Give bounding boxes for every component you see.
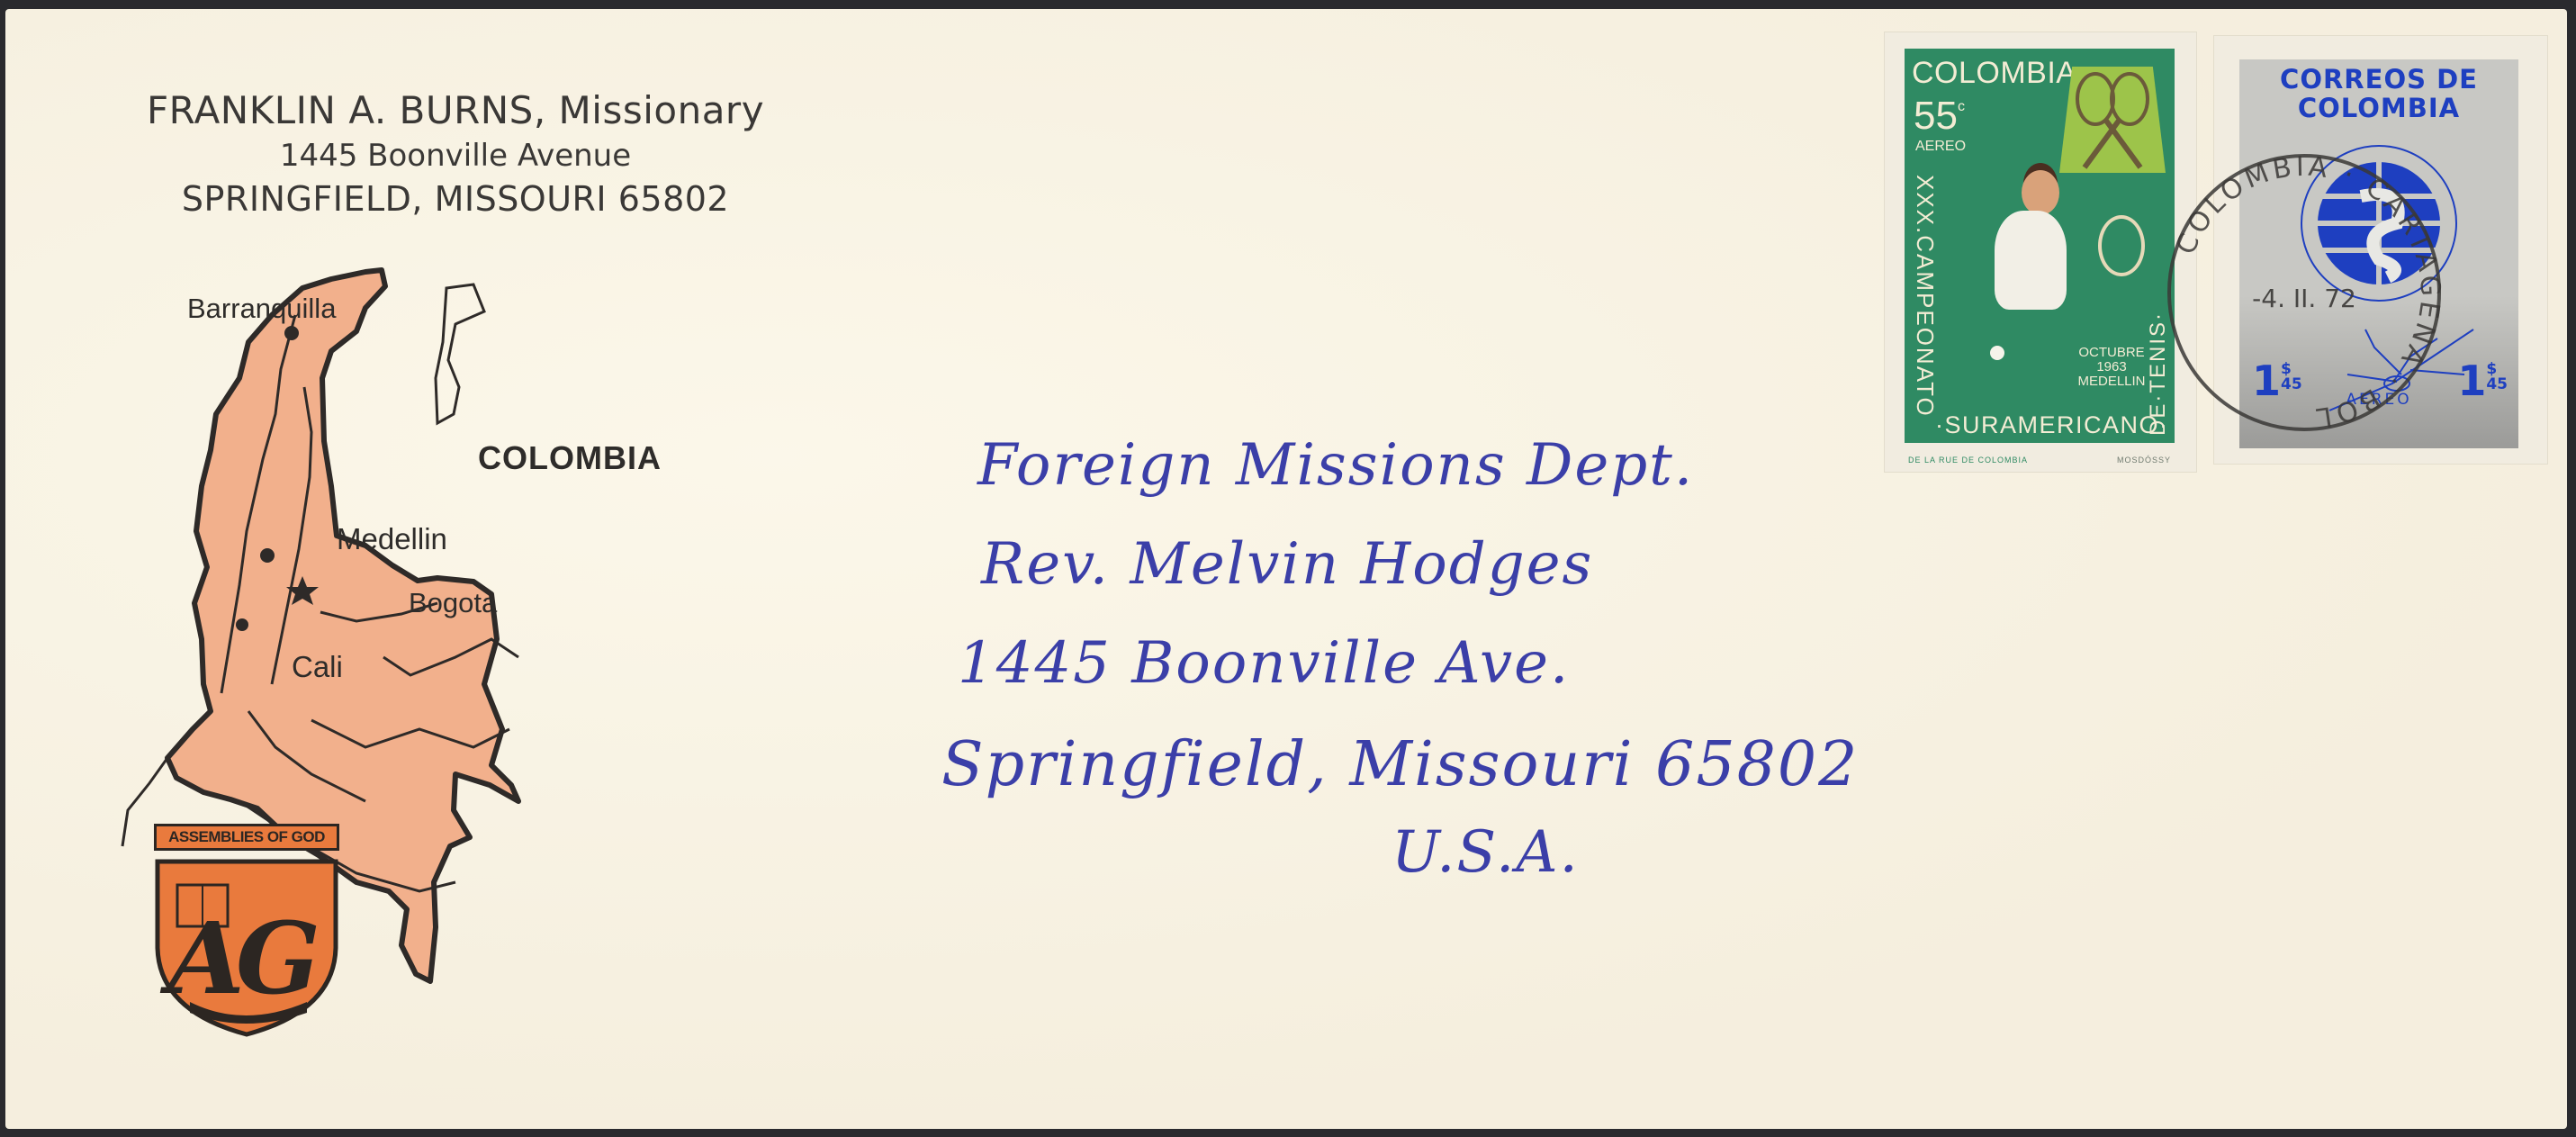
event-city: MEDELLIN [2067, 374, 2157, 389]
shield-icon: A G [154, 858, 343, 1042]
recipient-line-3: 1445 Boonville Ave. [958, 630, 1570, 697]
tennis-player-icon [1995, 211, 2067, 310]
stamp-designer: MOSDÓSSY [2117, 456, 2171, 465]
svg-text:G: G [236, 900, 320, 1016]
stamp-bottom-text: ·SURAMERICANO· [1935, 411, 2169, 439]
recipient-line-2: Rev. Melvin Hodges [981, 531, 1593, 598]
stamp-value-unit: c [1958, 99, 1965, 114]
tennis-court-icon [2059, 67, 2166, 173]
return-address: FRANKLIN A. BURNS, Missionary 1445 Boonv… [113, 88, 797, 219]
sender-name: FRANKLIN A. BURNS, Missionary [113, 88, 797, 132]
logo-banner: ASSEMBLIES OF GOD [154, 824, 339, 851]
country-label: COLOMBIA [478, 439, 662, 477]
stamp-event: OCTUBRE 1963 MEDELLIN [2067, 346, 2157, 389]
mosquito-icon [2311, 320, 2491, 420]
stamp-malaria-frame: CORREOS DE COLOMBIA 1$45 1$45 AEREO [2239, 59, 2518, 448]
recipient-line-1: Foreign Missions Dept. [977, 432, 1694, 499]
svg-text:A: A [159, 900, 244, 1016]
globe-emblem-icon [2289, 133, 2469, 313]
stamp-tennis-frame: COLOMBIA 55c AEREO XXX.CAMPEONATO DE·TEN… [1905, 49, 2175, 443]
stamp-country: COLOMBIA [1912, 56, 2076, 91]
tennis-ball-icon [1990, 346, 2004, 360]
event-year: 1963 [2067, 360, 2157, 374]
stamp-tennis: COLOMBIA 55c AEREO XXX.CAMPEONATO DE·TEN… [1885, 32, 2196, 472]
stamp-value-number: 55 [1914, 94, 1958, 138]
sender-city: SPRINGFIELD, MISSOURI 65802 [113, 179, 797, 219]
sender-street: 1445 Boonville Avenue [113, 138, 797, 174]
stamp-title-line2: COLOMBIA [2239, 94, 2518, 122]
stamp-left-text: XXX.CAMPEONATO [1912, 175, 1939, 436]
player-head-icon [2022, 170, 2059, 215]
event-month: OCTUBRE [2067, 346, 2157, 360]
stamp-printer: DE LA RUE DE COLOMBIA [1908, 456, 2028, 465]
stamp-title: CORREOS DE COLOMBIA [2239, 65, 2518, 122]
stamp-malaria: CORREOS DE COLOMBIA 1$45 1$45 AEREO [2214, 36, 2547, 464]
city-label-bogota: Bogota [409, 587, 497, 619]
assemblies-of-god-logo: ASSEMBLIES OF GOD A G [154, 824, 343, 1042]
stamp-title-line1: CORREOS DE [2239, 65, 2518, 94]
stamp-value: 55c [1914, 94, 1965, 139]
stamp-service: AEREO [1915, 139, 1966, 155]
stamp-right-text: DE·TENIS· [2146, 238, 2173, 436]
city-label-barranquilla: Barranquilla [187, 293, 336, 325]
city-label-cali: Cali [292, 650, 343, 684]
recipient-line-5: U.S.A. [1392, 819, 1580, 886]
city-label-medellin: Medellin [337, 522, 447, 556]
racket-icon [2098, 215, 2145, 276]
recipient-line-4: Springfield, Missouri 65802 [941, 729, 1859, 800]
